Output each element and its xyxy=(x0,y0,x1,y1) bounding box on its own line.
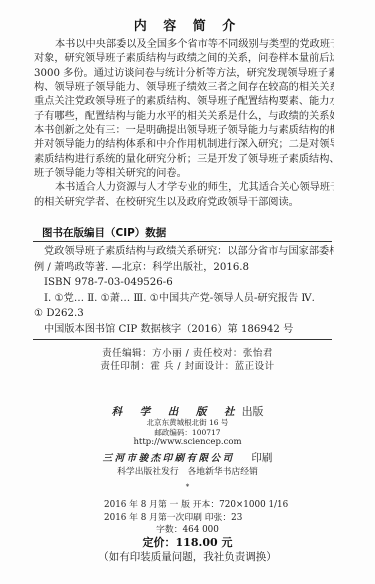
summary-line: 素质结构进行系统的量化研究分析；三是开发了领导班子素质结构、领导 xyxy=(34,153,334,167)
cip-bottom-rule xyxy=(33,339,332,340)
cip-heading: 图书在版编目（CIP）数据 xyxy=(42,225,166,240)
distribution-line: 科学出版社发行 各地新华书店经销 xyxy=(0,464,375,477)
summary-line: 构、领导班子领导能力、领导班子绩效三者之间存在较高的相关关系，并 xyxy=(34,81,334,95)
quality-notice: （如有印装质量问题，我社负责调换） xyxy=(0,549,375,564)
cip-top-rule xyxy=(33,241,332,242)
summary-line: 对象，研究领导班子素质结构与政绩之间的关系，问卷样本量前后达到 xyxy=(34,52,334,66)
printer-suffix: 印刷 xyxy=(251,452,272,464)
cip-line: Ⅰ. ①党… Ⅱ. ①萧… Ⅲ. ①中国共产党-领导人员-研究报告 Ⅳ. xyxy=(34,291,334,307)
cip-line: ISBN 978-7-03-049526-6 xyxy=(34,275,334,291)
summary-line: 并对领导能力的结构体系和中介作用机制进行深入研究；二是对领导班子 xyxy=(34,138,334,152)
production-credits: 责任印制：霍 兵 / 封面设计：蓝正设计 xyxy=(0,358,375,372)
summary-body: 本书以中央部委以及全国多个省市等不同级别与类型的党政班子为 对象，研究领导班子素… xyxy=(34,38,334,210)
cip-line: ① D262.3 xyxy=(34,306,334,322)
summary-title: 内 容 简 介 xyxy=(0,15,375,34)
summary-line: 子有哪些，配置结构与能力水平的相关关系是什么，与政绩的关系如何。 xyxy=(34,110,334,124)
printer-logo: 三河市骏杰印刷有限公司 xyxy=(103,453,235,464)
summary-line: 重点关注党政领导班子的素质结构、领导班子配置结构要素、能力水平因 xyxy=(34,95,334,109)
summary-line: 班子领导能力等相关研究的问卷。 xyxy=(34,167,334,181)
summary-line: 的相关研究学者、在校研究生以及政府党政领导干部阅读。 xyxy=(34,196,334,210)
cip-line: 中国版本图书馆 CIP 数据核字（2016）第 186942 号 xyxy=(34,322,334,338)
summary-line: 本书以中央部委以及全国多个省市等不同级别与类型的党政班子为 xyxy=(34,38,334,52)
printer-line: 三河市骏杰印刷有限公司 印刷 xyxy=(0,450,375,465)
copyright-page: 内 容 简 介 本书以中央部委以及全国多个省市等不同级别与类型的党政班子为 对象… xyxy=(0,0,375,584)
price: 定价：118.00 元 xyxy=(0,534,375,550)
publisher-url: http://www.sciencep.com xyxy=(0,437,375,447)
cip-line: 党政领导班子素质结构与政绩关系研究：以部分省市与国家部委样本为 xyxy=(34,244,334,260)
separator-asterisk: * xyxy=(0,483,375,491)
summary-line: 3000 多份。通过访谈问卷与统计分析等方法，研究发现领导班子素质结 xyxy=(34,67,334,81)
summary-line: 本书创新之处有三：一是明确提出领导班子领导能力与素质结构的概念， xyxy=(34,124,334,138)
cip-body: 党政领导班子素质结构与政绩关系研究：以部分省市与国家部委样本为 例 / 萧鸣政等… xyxy=(34,244,334,338)
edition-line: 2016 年 8 月第 一 版 开本：720×1000 1/16 xyxy=(104,497,288,510)
cip-line: 例 / 萧鸣政等著. —北京：科学出版社，2016.8 xyxy=(34,260,334,276)
editor-credits: 责任编辑：方小丽 / 责任校对：张怡君 xyxy=(0,345,375,359)
summary-line: 本书适合人力资源与人才学专业的师生，尤其适合关心领导班子建设 xyxy=(34,181,334,195)
